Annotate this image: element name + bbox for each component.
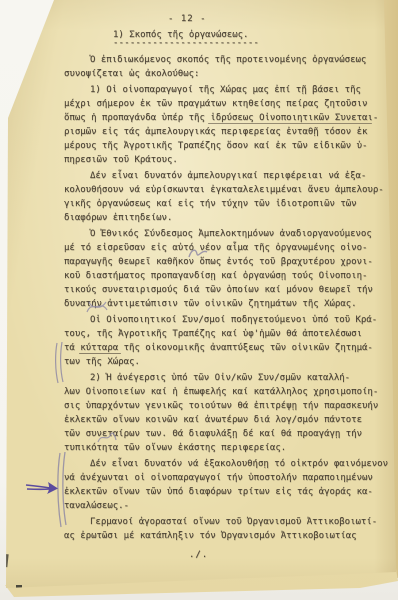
paragraph: Γερμανοί ἀγορασταί οἴνων τοῦ Ὀργανισμοῦ … [64,515,382,543]
text-line: Οἱ Οἰνοποιητικοί Συν/σμοί ποδηγετούμενοι… [64,313,382,327]
text-line: νά ἀνέχωνται οἱ οἰνοπαραγωγοί τήν ὑποστο… [64,471,382,485]
text-line: των τῆς Χώρας. [64,355,382,369]
text-line: τῶν συνεταίρων των. Θά διαφυλάξῃ δέ καί … [64,427,382,441]
paragraph: Ὁ ἐπιδιωκόμενος σκοπός τῆς προτεινομένης… [64,53,382,81]
underline-mark [208,123,372,124]
text-line: Δέν εἶναι δυνατόν νά ἐξακολουθήσῃ τό οἰκ… [64,457,382,471]
paragraph: 1) Οἱ οἰνοπαραγωγοί τῆς Χώρας μας ἐπί τῇ… [64,83,382,167]
page-number: - 12 - [168,14,207,24]
text-line: ρισμῶν εἰς τάς ἀμπελουργικάς περιφερείας… [64,125,382,139]
text-line: ἐκλεκτῶν οἴνων κοινῶν καί ἀνωτέρων διά λ… [64,413,382,427]
title-underline-dashes: -------------------------- [113,38,259,48]
text-line: μέχρι σήμερον ἐκ τῶν πραγμάτων κτηθείσης… [64,97,382,111]
paragraph: Ὁ Ἐθνικός Σύνδεσμος Ἀμπελοκτημόνων ἀναδι… [64,227,382,311]
paragraph: Δέν εἶναι δυνατόν νά ἐξακολουθήσῃ τό οἰκ… [64,457,382,513]
document-page: - 12 - 1) Σκοπός τῆς ὀργανώσεως. -------… [0,0,398,600]
text-line: κολουθήσουν νά εὑρίσκωνται ἐγκαταλελειμμ… [64,183,382,197]
text-line: τους, τῆς Ἀγροτικῆς Τραπέζης καί ὑφ'ἡμῶν… [64,327,382,341]
text-line: παραγωγῆς θεωρεῖ καθῆκον ὅπως ἐντός τοῦ … [64,255,382,269]
text-line: ἐκλεκτῶν οἴνων τῶν ὑπό διαφόρων τρίτων ε… [64,485,382,499]
text-line: κοῦ διαστήματος προπαγανδίσῃ καί ὀργανώσ… [64,269,382,283]
paragraph: Οἱ Οἰνοποιητικοί Συν/σμοί ποδηγετούμενοι… [64,313,382,369]
text-line: σις ὑπαρχόντων γενικῶς τοιούτων θά ἐπιτρ… [64,399,382,413]
text-line: Ὁ ἐπιδιωκόμενος σκοπός τῆς προτεινομένης… [64,53,382,67]
paragraph: 2) Ἡ ἀνέγερσις ὑπό τῶν Οἰν/κῶν Συν/σμῶν … [64,371,382,455]
underline-mark [79,353,121,354]
text-line: ταναλώσεως.- [64,499,382,513]
margin-arrow-icon [24,477,60,499]
text-line: διαφόρων ἐπιτηδείων. [64,211,382,225]
footer-continuation-mark: ./. [189,550,208,560]
document-body: Ὁ ἐπιδιωκόμενος σκοπός τῆς προτεινομένης… [64,53,382,543]
text-line: Δέν εἶναι δυνατόν ἀμπελουργικαί περιφέρε… [64,169,382,183]
text-line: γικῆς ὀργανώσεως καί εἰς τήν τύχην τῶν ἰ… [64,197,382,211]
text-line: συνοψίζεται ὡς ἀκολούθως: [64,67,382,81]
text-line: Ὁ Ἐθνικός Σύνδεσμος Ἀμπελοκτημόνων ἀναδι… [64,227,382,241]
text-line: Γερμανοί ἀγορασταί οἴνων τοῦ Ὀργανισμοῦ … [64,515,382,529]
text-line: μέρους τῆς Ἀγροτικῆς Τραπέζης ὅσον καί ἐ… [64,139,382,153]
text-line: τυπικότητα τῶν οἴνων ἑκάστης περιφερείας… [64,441,382,455]
text-line: τικούς συνεταιρισμούς διά τῶν ὁποίων καί… [64,283,382,297]
paragraph: Δέν εἶναι δυνατόν ἀμπελουργικαί περιφέρε… [64,169,382,225]
text-line: πηρεσιῶν τοῦ Κράτους. [64,153,382,167]
text-line: δυνατήν ἀντιμετώπισιν τῶν οἰνικῶν ζητημά… [64,297,382,311]
text-line: μέ τό εἰσρεῦσαν εἰς αὐτό νέον αἷμα τῆς ὀ… [64,241,382,255]
text-line: 1) Οἱ οἰνοπαραγωγοί τῆς Χώρας μας ἐπί τῇ… [64,83,382,97]
edge-speck [1,554,8,568]
text-line: λων Οἰνοποιείων καί ἡ ἐπωφελής καί κατάλ… [64,385,382,399]
text-line: 2) Ἡ ἀνέγερσις ὑπό τῶν Οἰν/κῶν Συν/σμῶν … [64,371,382,385]
scan-background: - 12 - 1) Σκοπός τῆς ὀργανώσεως. -------… [0,0,398,600]
text-line: ας ἐρωτῶσι μέ κατάπληξιν τόν Ὀργανισμόν … [64,529,382,543]
